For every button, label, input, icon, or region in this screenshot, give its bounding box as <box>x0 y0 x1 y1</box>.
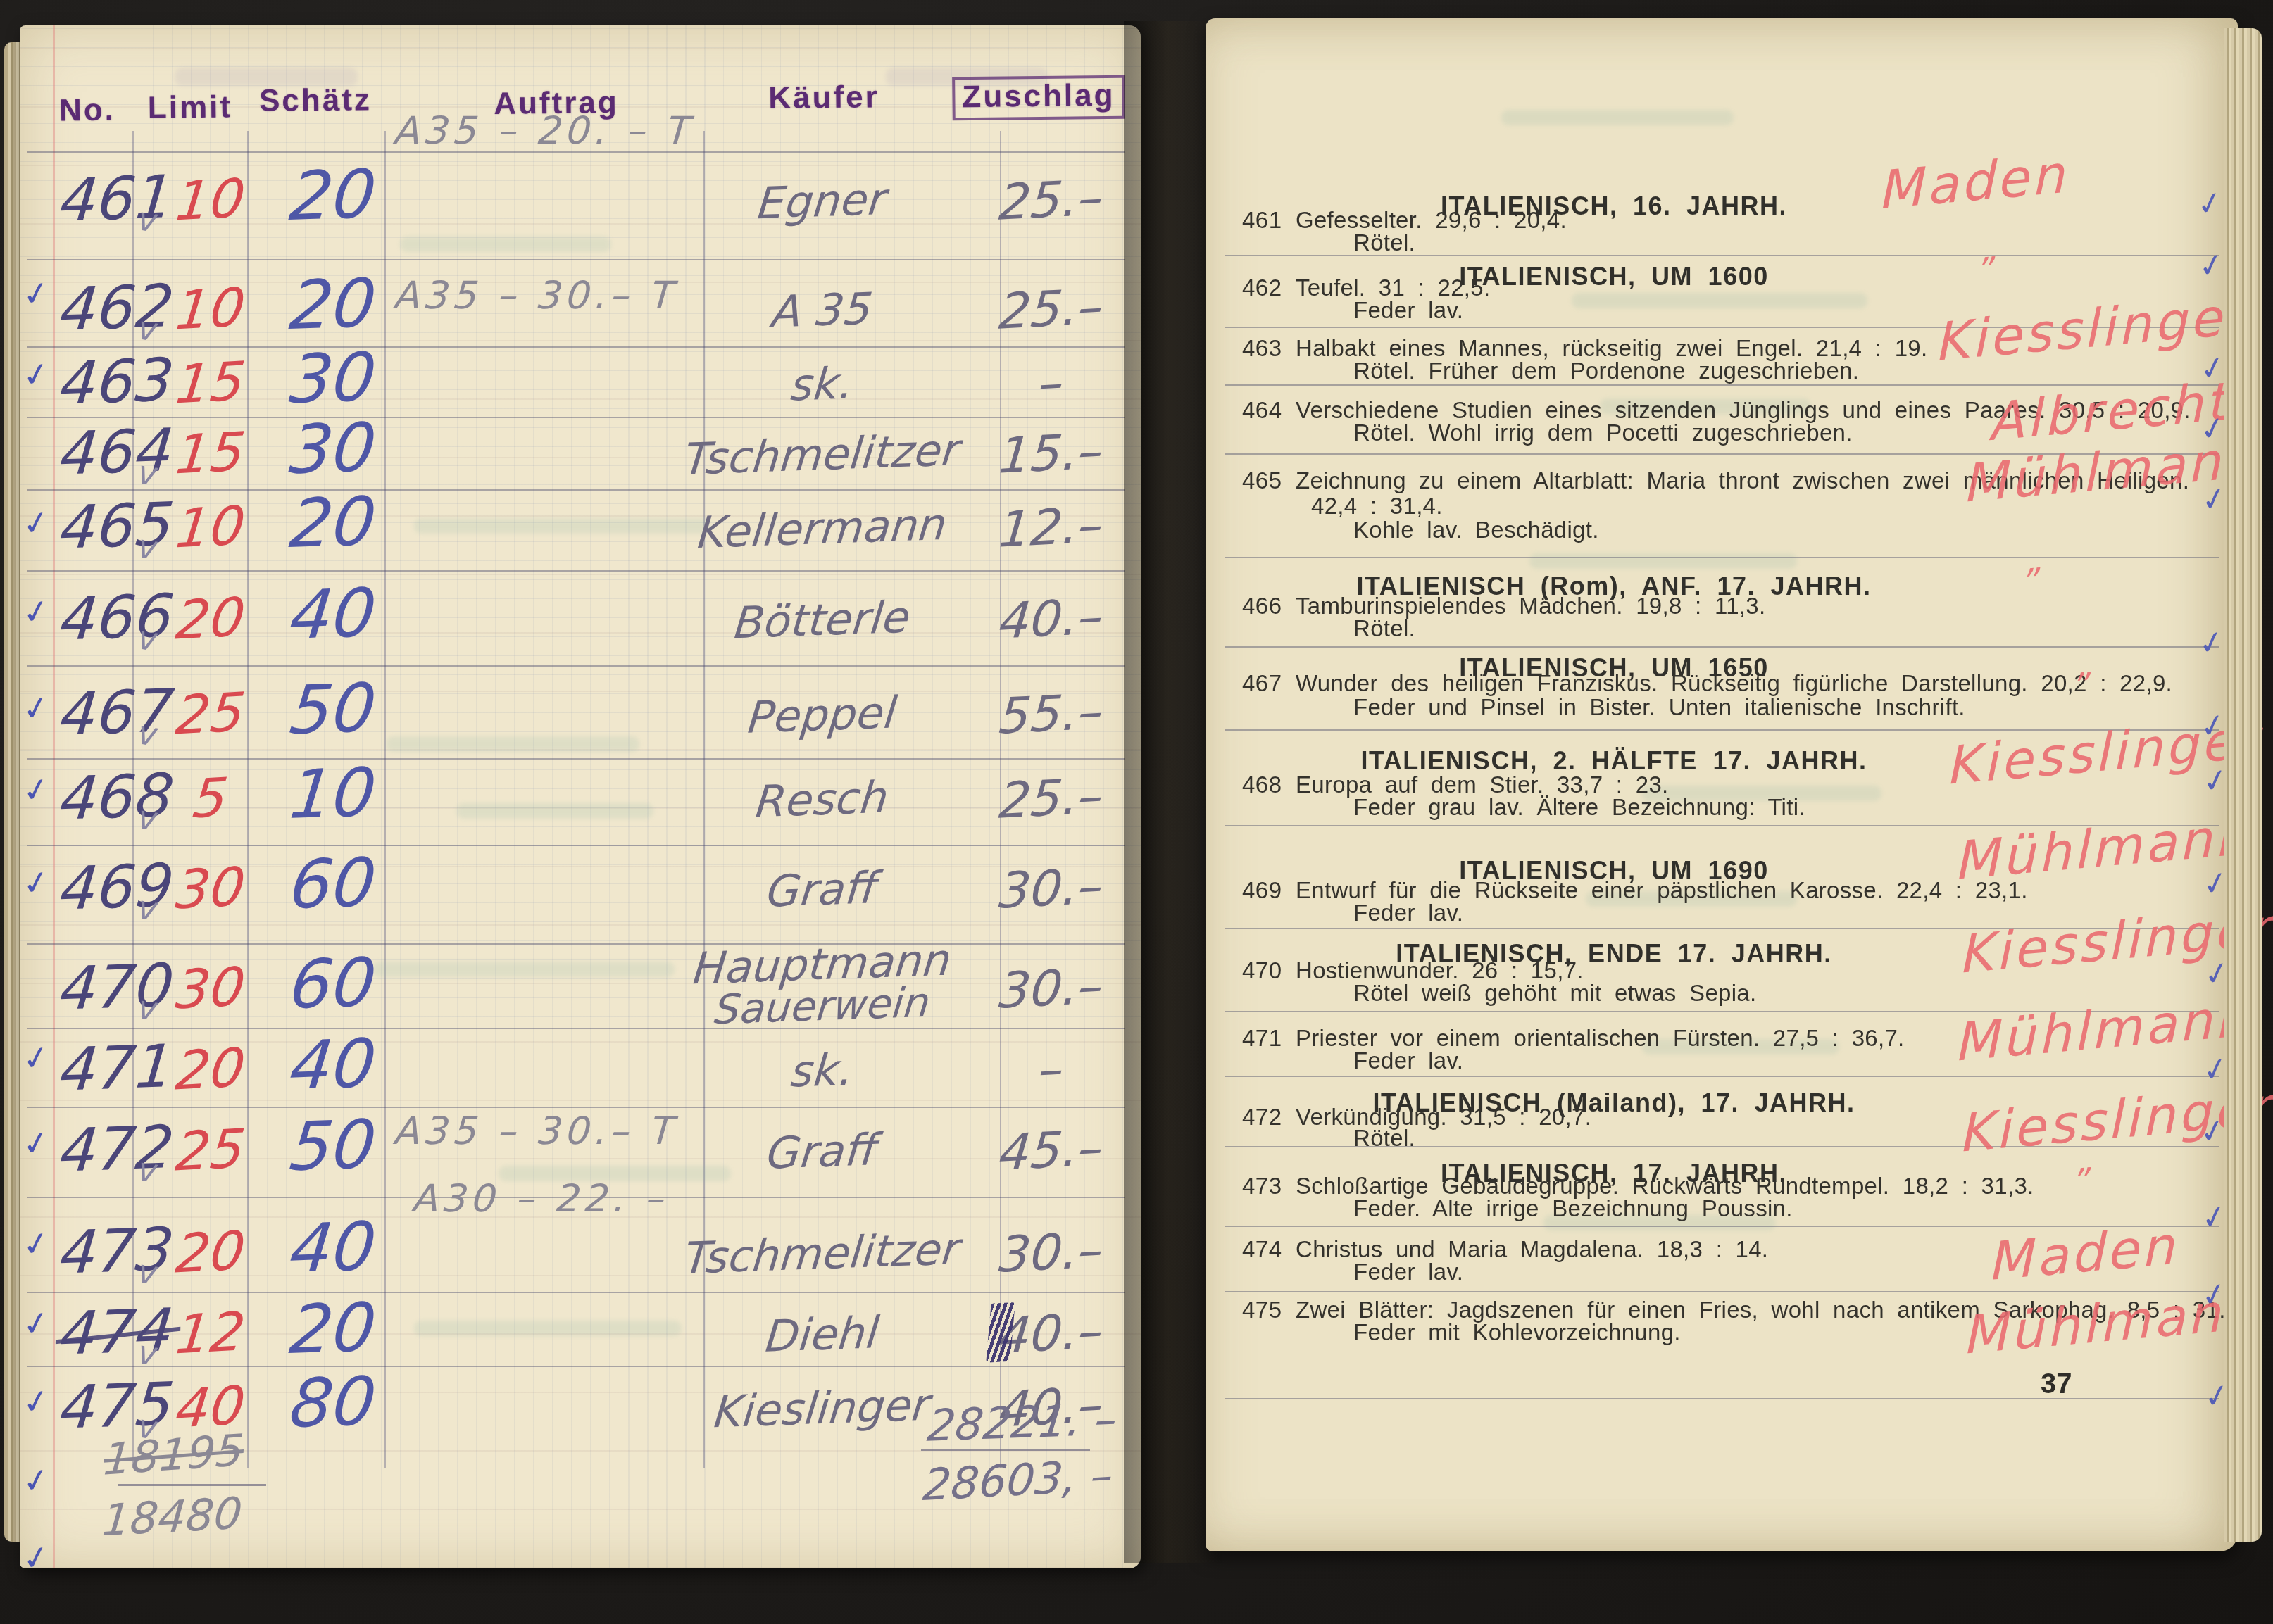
auftrag-note: A35 – 30.– T <box>394 1109 681 1153</box>
catalog-entry-number: 463 <box>1242 335 1282 362</box>
zuschlag-total-new: 28603, – <box>921 1449 1115 1511</box>
catalog-entry-number: 475 <box>1242 1297 1282 1323</box>
catalog-entry-technique: Rötel. Wohl irrig dem Pocetti zugeschrie… <box>1353 420 1853 446</box>
total-rule <box>118 1484 266 1486</box>
header-schatz: Schätz <box>259 82 372 119</box>
bleed-through-ghost <box>1572 293 1867 308</box>
estimate-value: 40 <box>269 574 397 655</box>
hammer-price: 30.– <box>982 1220 1121 1285</box>
section-heading: ITALIENISCH, UM 1600 <box>1459 262 1768 291</box>
catalog-page-right: ITALIENISCH, 16. JAHRH. ITALIENISCH, UM … <box>1206 18 2238 1551</box>
buyer-name: Graff <box>636 1119 1009 1183</box>
catalog-entry-technique: Feder und Pinsel in Bister. Unten italie… <box>1353 694 1965 721</box>
ledger-page-left: No. Limit Schätz Auftrag Käufer Zuschlag… <box>20 25 1141 1568</box>
limit-value: 30 <box>154 854 267 922</box>
catalog-entry-number: 468 <box>1242 772 1282 798</box>
limit-value: 5 <box>154 764 267 832</box>
buyer-name: Bötterle <box>636 588 1009 652</box>
margin-check-icon: ✓ <box>2195 246 2228 287</box>
catalog-entry-dimensions: 42,4 : 31,4. <box>1311 493 1443 520</box>
margin-check-icon: ✓ <box>20 687 53 729</box>
catalog-entry-number: 469 <box>1242 877 1282 904</box>
entry-separator <box>1225 1076 2219 1077</box>
margin-check-icon: ✓ <box>20 862 53 904</box>
hammer-price: 45.– <box>982 1118 1121 1183</box>
bleed-through-ghost <box>1529 553 1797 569</box>
catalog-entry-technique: Feder grau lav. Ältere Bezeichnung: Titi… <box>1353 794 1805 821</box>
buyer-name: Graff <box>636 857 1009 921</box>
page-number: 37 <box>2041 1368 2072 1400</box>
hammer-price: 30.– <box>982 956 1121 1021</box>
estimate-value: 60 <box>269 843 397 925</box>
hammer-price: 12.– <box>982 495 1121 560</box>
ledger-row-461: 461 v 10 20 Egner 25.– <box>20 144 1141 267</box>
limit-value: 30 <box>154 954 267 1022</box>
margin-check-icon: ✓ <box>20 1037 53 1079</box>
hammer-price: 55.– <box>982 681 1121 746</box>
catalog-entry-technique: Feder lav. <box>1353 1259 1463 1285</box>
red-ditto-annotation: ” <box>2073 1161 2094 1202</box>
catalog-entry-number: 472 <box>1242 1104 1282 1131</box>
buyer-name: Egner <box>636 169 1009 233</box>
buyer-name: Peppel <box>636 683 1009 747</box>
limit-value: 20 <box>154 584 267 653</box>
header-zuschlag: Zuschlag <box>952 75 1125 121</box>
margin-check-icon: ✓ <box>20 272 53 315</box>
estimate-value: 80 <box>269 1362 397 1444</box>
buyer-name: Tschmelitzer <box>636 1221 1009 1285</box>
entry-separator <box>1225 1291 2219 1292</box>
catalog-entry-title: Wunder des heiligen Franziskus. Rückseit… <box>1296 670 2172 697</box>
estimate-value: 20 <box>269 482 397 564</box>
catalog-entry-technique: Feder mit Kohlevorzeichnung. <box>1353 1319 1681 1346</box>
margin-check-icon: ✓ <box>20 502 53 544</box>
catalog-entry-technique: Kohle lav. Beschädigt. <box>1353 517 1599 543</box>
hammer-price: 30.– <box>982 856 1121 921</box>
red-dealer-annotation: Maden <box>1881 144 2071 221</box>
estimate-value: 60 <box>269 943 397 1025</box>
hammer-price: 40.– <box>982 586 1121 651</box>
entry-separator <box>1225 646 2219 648</box>
estimate-value: 10 <box>269 753 397 835</box>
hammer-price: 25.– <box>982 168 1121 232</box>
limit-value: 10 <box>154 493 267 561</box>
catalog-entry-number: 467 <box>1242 670 1282 697</box>
limit-value: 20 <box>154 1035 267 1103</box>
limit-value: 10 <box>154 165 267 234</box>
catalog-entry-title: Verkündigung. 31,5 : 20,7. <box>1296 1104 1591 1131</box>
catalog-entry-technique: Rötel. <box>1353 229 1415 256</box>
limit-total-struck: 18195 <box>102 1424 246 1485</box>
entry-separator <box>1225 557 2219 558</box>
red-ditto-annotation: ” <box>2073 665 2094 707</box>
red-ditto-annotation: ” <box>2022 561 2043 603</box>
catalog-entry-technique: Feder lav. <box>1353 1047 1463 1074</box>
catalog-entry-number: 473 <box>1242 1173 1282 1200</box>
hammer-price: – <box>982 1037 1121 1102</box>
limit-value: 25 <box>154 679 267 748</box>
margin-check-icon: ✓ <box>20 353 53 396</box>
catalog-entry-title: Gefesselter. 29,6 : 20,4. <box>1296 207 1567 234</box>
margin-check-icon: ✓ <box>2195 623 2228 664</box>
margin-check-icon: ✓ <box>20 1380 53 1423</box>
header-no: No. <box>59 93 115 129</box>
catalog-entry-number: 471 <box>1242 1025 1282 1052</box>
catalog-entry-number: 466 <box>1242 593 1282 619</box>
catalog-entry-technique: Rötel. Früher dem Pordenone zugeschriebe… <box>1353 358 1859 384</box>
red-ditto-annotation: ” <box>1977 250 1998 291</box>
estimate-value: 50 <box>269 669 397 750</box>
total-rule <box>921 1449 1090 1451</box>
limit-value: 25 <box>154 1116 267 1184</box>
buyer-name: Resch <box>636 767 1009 831</box>
buyer-name: Kellermann <box>636 496 1009 560</box>
catalog-entry-technique: Feder lav. <box>1353 900 1463 926</box>
auftrag-note: A35 – 30.– T <box>394 273 681 317</box>
margin-check-icon: ✓ <box>20 591 53 633</box>
catalog-entry-number: 465 <box>1242 467 1282 494</box>
catalog-entry-number: 474 <box>1242 1236 1282 1263</box>
book-page-stack-right <box>2224 28 2262 1542</box>
catalog-entry-technique: Feder. Alte irrige Bezeichnung Poussin. <box>1353 1195 1793 1222</box>
margin-check-icon: ✓ <box>20 769 53 811</box>
margin-check-icon: ✓ <box>20 1122 53 1164</box>
limit-value: 20 <box>154 1218 267 1286</box>
header-kaufer: Käufer <box>768 80 879 116</box>
buyer-name: sk. <box>636 1038 1009 1102</box>
margin-check-icon: ✓ <box>20 1302 53 1345</box>
catalog-entry-number: 464 <box>1242 397 1282 424</box>
catalog-entry-number: 462 <box>1242 275 1282 301</box>
catalog-entry-number: 470 <box>1242 957 1282 984</box>
catalog-entry-technique: Rötel. <box>1353 1125 1415 1152</box>
estimate-value: 50 <box>269 1105 397 1187</box>
margin-check-icon: ✓ <box>20 1537 53 1579</box>
hammer-price: 25.– <box>982 766 1121 831</box>
header-limit: Limit <box>148 89 233 125</box>
limit-total: 18480 <box>100 1487 244 1546</box>
catalog-entry-number: 461 <box>1242 207 1282 234</box>
estimate-value: 20 <box>269 155 397 237</box>
scanned-auction-ledger-spread: No. Limit Schätz Auftrag Käufer Zuschlag… <box>0 0 2273 1624</box>
estimate-value: 40 <box>269 1207 397 1289</box>
catalog-entry-technique: Feder lav. <box>1353 297 1463 324</box>
estimate-value: 40 <box>269 1024 397 1106</box>
zuschlag-total-old: 28221. – <box>925 1393 1120 1451</box>
catalog-entry-technique: Rötel. <box>1353 615 1415 642</box>
catalog-entry-technique: Rötel weiß gehöht mit etwas Sepia. <box>1353 980 1756 1007</box>
bleed-through-ghost <box>1501 110 1734 125</box>
margin-check-icon: ✓ <box>2193 184 2227 225</box>
margin-check-icon: ✓ <box>20 1223 53 1265</box>
